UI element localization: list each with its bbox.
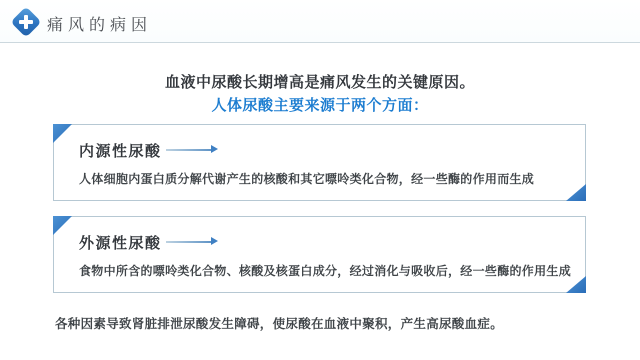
arrow-line xyxy=(166,149,212,151)
right-arrow-icon xyxy=(166,145,218,154)
arrow-line xyxy=(166,241,212,243)
slide-header: 痛风的病因 xyxy=(0,0,640,43)
intro-key-statement: 血液中尿酸长期增高是痛风发生的关键原因。 xyxy=(0,71,640,92)
box-description: 人体细胞内蛋白质分解代谢产生的核酸和其它嘌呤类化合物，经一些酶的作用而生成 xyxy=(79,170,574,187)
exogenous-uric-acid-box: 外源性尿酸 食物中所含的嘌呤类化合物、核酸及核蛋白成分，经过消化与吸收后，经一些… xyxy=(53,216,586,293)
corner-triangle-top-left xyxy=(53,216,72,235)
page-title: 痛风的病因 xyxy=(47,12,152,35)
right-arrow-icon xyxy=(166,237,218,246)
arrow-head xyxy=(211,237,218,245)
plus-icon-vertical-bar xyxy=(24,15,28,29)
intro-subtitle: 人体尿酸主要来源于两个方面： xyxy=(0,94,640,115)
slide: 痛风的病因 血液中尿酸长期增高是痛风发生的关键原因。 人体尿酸主要来源于两个方面… xyxy=(0,0,640,360)
arrow-head xyxy=(211,145,218,153)
box-title: 内源性尿酸 xyxy=(79,140,162,161)
plus-diamond-icon xyxy=(11,7,41,37)
box-title: 外源性尿酸 xyxy=(79,232,162,253)
corner-triangle-top-left xyxy=(53,124,72,143)
endogenous-uric-acid-box: 内源性尿酸 人体细胞内蛋白质分解代谢产生的核酸和其它嘌呤类化合物，经一些酶的作用… xyxy=(53,124,586,201)
footer-conclusion-note: 各种因素导致肾脏排泄尿酸发生障碍，使尿酸在血液中聚积，产生高尿酸血症。 xyxy=(55,314,615,332)
box-description: 食物中所含的嘌呤类化合物、核酸及核蛋白成分，经过消化与吸收后，经一些酶的作用生成 xyxy=(79,262,574,279)
